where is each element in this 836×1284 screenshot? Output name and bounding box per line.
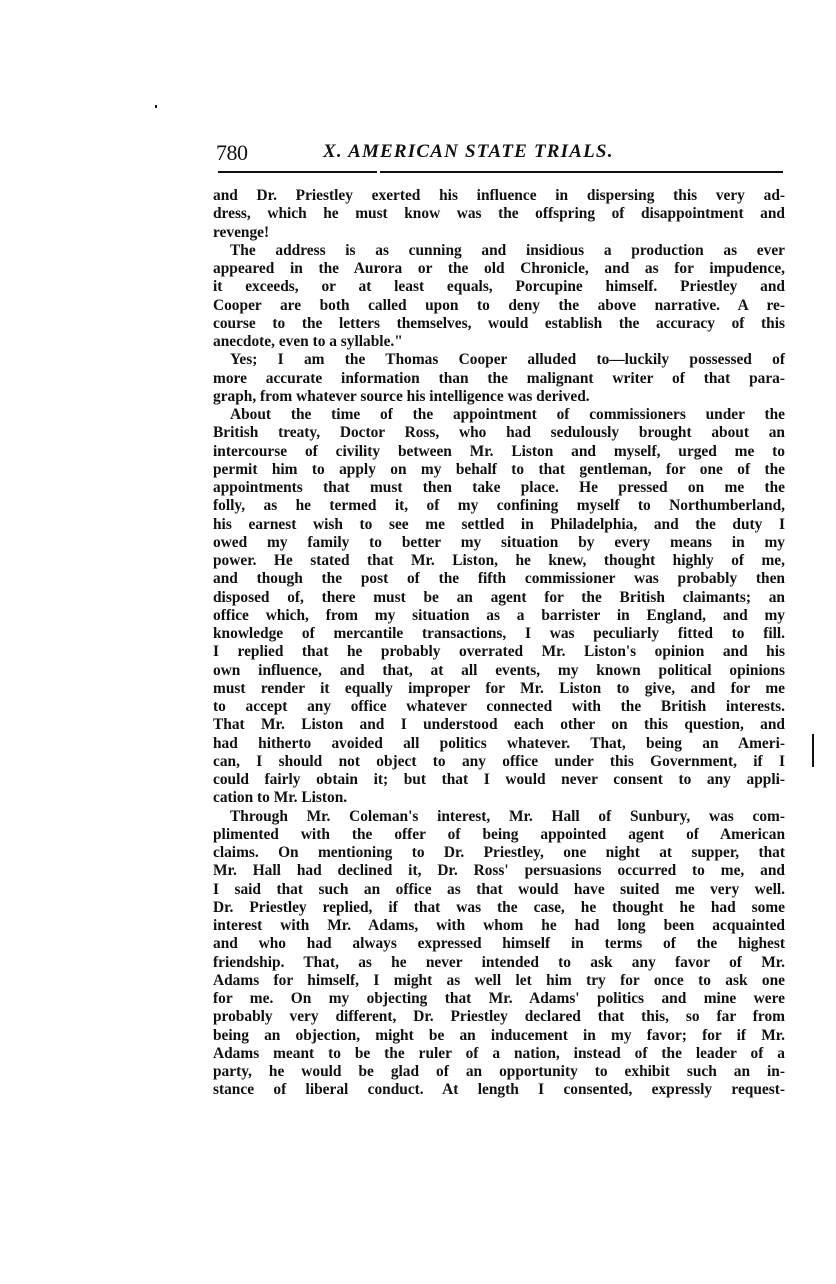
- text-line: friendship. That, as he never intended t…: [213, 954, 785, 972]
- text-line: anecdote, even to a syllable.": [213, 333, 785, 351]
- text-line: dress, which he must know was the offspr…: [213, 205, 785, 223]
- page-number: 780: [216, 140, 248, 166]
- text-line: course to the letters themselves, would …: [213, 315, 785, 333]
- text-line: owed my family to better my situation by…: [213, 534, 785, 552]
- text-line: cation to Mr. Liston.: [213, 789, 785, 807]
- text-line: must render it equally improper for Mr. …: [213, 680, 785, 698]
- text-line: permit him to apply on my behalf to that…: [213, 461, 785, 479]
- text-line: British treaty, Doctor Ross, who had sed…: [213, 424, 785, 442]
- text-line: Cooper are both called upon to deny the …: [213, 297, 785, 315]
- text-line: I said that such an office as that would…: [213, 881, 785, 899]
- text-line: it exceeds, or at least equals, Porcupin…: [213, 278, 785, 296]
- margin-change-bar: [812, 734, 814, 767]
- text-line: Yes; I am the Thomas Cooper alluded to—l…: [213, 351, 785, 369]
- text-line: About the time of the appointment of com…: [213, 406, 785, 424]
- text-line: revenge!: [213, 224, 785, 242]
- text-line: folly, as he termed it, of my confining …: [213, 497, 785, 515]
- book-page: 780 X. AMERICAN STATE TRIALS. and Dr. Pr…: [0, 0, 836, 1284]
- body-text: and Dr. Priestley exerted his influence …: [213, 187, 785, 1100]
- text-line: I replied that he probably overrated Mr.…: [213, 643, 785, 661]
- text-line: more accurate information than the malig…: [213, 370, 785, 388]
- text-line: That Mr. Liston and I understood each ot…: [213, 716, 785, 734]
- text-line: office which, from my situation as a bar…: [213, 607, 785, 625]
- text-line: Adams for himself, I might as well let h…: [213, 972, 785, 990]
- text-line: knowledge of mercantile transactions, I …: [213, 625, 785, 643]
- text-line: appointments that must then take place. …: [213, 479, 785, 497]
- text-line: graph, from whatever source his intellig…: [213, 388, 785, 406]
- text-line: The address is as cunning and insidious …: [213, 242, 785, 260]
- text-line: appeared in the Aurora or the old Chroni…: [213, 260, 785, 278]
- text-line: being an objection, might be an induceme…: [213, 1027, 785, 1045]
- header-rule: [218, 171, 783, 173]
- text-line: and who had always expressed himself in …: [213, 935, 785, 953]
- text-line: Dr. Priestley replied, if that was the c…: [213, 899, 785, 917]
- text-line: can, I should not object to any office u…: [213, 753, 785, 771]
- text-line: interest with Mr. Adams, with whom he ha…: [213, 917, 785, 935]
- text-line: disposed of, there must be an agent for …: [213, 589, 785, 607]
- text-line: own influence, and that, at all events, …: [213, 662, 785, 680]
- text-line: Mr. Hall had declined it, Dr. Ross' pers…: [213, 862, 785, 880]
- text-line: party, he would be glad of an opportunit…: [213, 1063, 785, 1081]
- text-line: and Dr. Priestley exerted his influence …: [213, 187, 785, 205]
- text-line: power. He stated that Mr. Liston, he kne…: [213, 552, 785, 570]
- text-line: his earnest wish to see me settled in Ph…: [213, 516, 785, 534]
- text-line: could fairly obtain it; but that I would…: [213, 771, 785, 789]
- text-line: Adams meant to be the ruler of a nation,…: [213, 1045, 785, 1063]
- page-header: 780 X. AMERICAN STATE TRIALS.: [216, 140, 784, 170]
- text-line: Through Mr. Coleman's interest, Mr. Hall…: [213, 808, 785, 826]
- text-line: probably very different, Dr. Priestley d…: [213, 1008, 785, 1026]
- scan-speck: [155, 105, 157, 108]
- text-line: plimented with the offer of being appoin…: [213, 826, 785, 844]
- text-line: for me. On my objecting that Mr. Adams' …: [213, 990, 785, 1008]
- text-line: stance of liberal conduct. At length I c…: [213, 1081, 785, 1099]
- text-line: intercourse of civility between Mr. List…: [213, 443, 785, 461]
- text-line: and though the post of the fifth commiss…: [213, 570, 785, 588]
- running-title: X. AMERICAN STATE TRIALS.: [323, 141, 614, 163]
- text-line: claims. On mentioning to Dr. Priestley, …: [213, 844, 785, 862]
- text-line: had hitherto avoided all politics whatev…: [213, 735, 785, 753]
- text-line: to accept any office whatever connected …: [213, 698, 785, 716]
